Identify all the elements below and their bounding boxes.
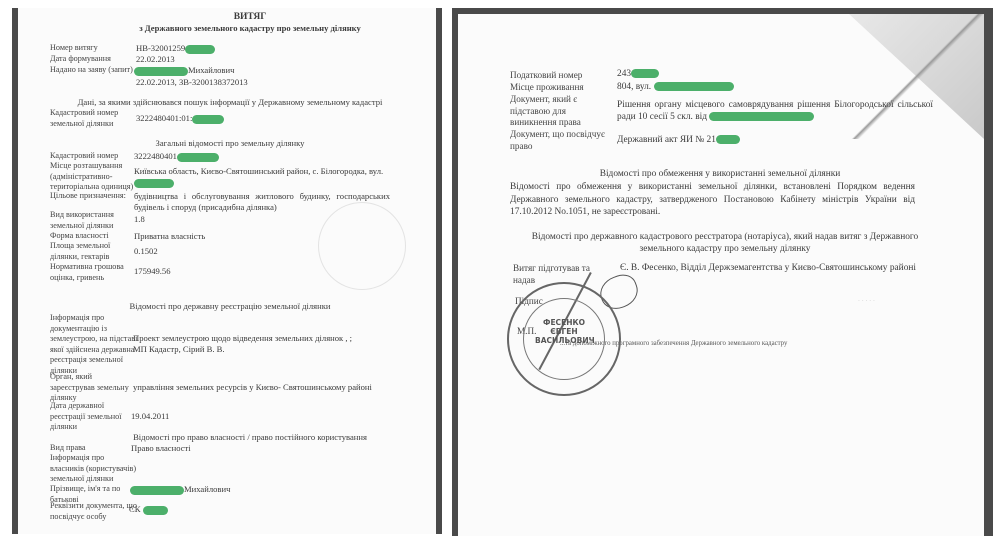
section-heading-search: Дані, за якими здійснювався пошук інформ… — [40, 97, 420, 108]
section-heading-general: Загальні відомості про земельну ділянку — [40, 138, 420, 149]
field-value-purpose: будівництва і обслуговування житлового б… — [134, 191, 390, 213]
redaction — [134, 67, 188, 76]
field-label-id-document: Реквізити документа, що посвідчує особу — [50, 501, 137, 522]
field-value-registering-body: управління земельних ресурсів у Києво- С… — [133, 382, 372, 393]
field-value-right-type: Право власності — [131, 443, 191, 454]
field-label-formation-date: Дата формування — [50, 54, 111, 65]
restrictions-text: Відомості про обмеження у використанні з… — [510, 181, 915, 219]
redaction — [631, 69, 659, 78]
redaction — [192, 115, 224, 124]
section-heading-ownership: Відомості про право власності / право по… — [60, 432, 440, 443]
field-value-valuation: 175949.56 — [134, 266, 171, 277]
field-value-full-name: Михайлович — [130, 484, 230, 495]
field-label-right-type: Вид права — [50, 443, 86, 454]
field-label-documentation: Інформація про документацію із землеустр… — [50, 313, 137, 376]
field-label-ownership-form: Форма власності — [50, 231, 109, 242]
section-heading-registration: Відомості про державну реєстрацію земель… — [40, 301, 420, 312]
field-value-area: 0.1502 — [134, 246, 158, 257]
field-value-cadastral-search: 3222480401:01: — [136, 113, 224, 124]
field-label-area: Площа земельної ділянки, гектарів — [50, 241, 110, 262]
field-value-cadastral-number: 3222480401 — [134, 151, 219, 162]
field-label-location: Місце розташування (адміністративно- тер… — [50, 161, 133, 193]
document-subtitle: з Державного земельного кадастру про зем… — [60, 23, 440, 34]
field-value-tax-number: 243 — [617, 69, 659, 80]
redaction — [654, 82, 734, 91]
field-value-usage-type: 1.8 — [134, 214, 145, 225]
field-label-registration-date: Дата державної реєстрації земельної діля… — [50, 401, 122, 433]
redaction — [134, 179, 174, 188]
redaction — [143, 506, 168, 515]
field-value-location: Київська область, Києво-Святошинський ра… — [134, 166, 390, 188]
field-value-extract-number: НВ-32001259 — [136, 43, 215, 54]
stamp-center-name: ФЕСЕНКО ЄВГЕН ВАСИЛЬОВИЧ — [535, 318, 593, 345]
field-label-tax-number: Податковий номер — [510, 70, 582, 82]
field-value-right-document: Державний акт ЯИ № 21 — [617, 135, 740, 146]
field-value-residence: 804, вул. — [617, 82, 734, 93]
official-stamp: ФЕСЕНКО ЄВГЕН ВАСИЛЬОВИЧ — [507, 282, 621, 396]
field-value-request-ref: 22.02.2013, ЗВ-3200138372013 — [136, 77, 248, 88]
field-label-usage-type: Вид використання земельної ділянки — [50, 210, 114, 231]
bleed-through-stamp — [318, 202, 406, 290]
redaction — [130, 486, 184, 495]
field-label-cadastral-search: Кадастровий номер земельної ділянки — [50, 108, 118, 129]
field-value-basis-document: Рішення органу місцевого самоврядування … — [617, 99, 933, 123]
document-title: ВИТЯГ — [60, 12, 440, 23]
field-label-purpose: Цільове призначення: — [50, 191, 126, 202]
field-value-registration-date: 19.04.2011 — [131, 411, 169, 422]
field-label-extract-number: Номер витягу — [50, 43, 98, 54]
field-value-request: Михайлович — [134, 65, 234, 76]
redaction — [709, 112, 814, 121]
redaction — [177, 153, 219, 162]
field-label-request: Надано на заяву (запит) — [50, 65, 133, 76]
field-value-prepared-by: Є. В. Фесенко, Відділ Держземагентства у… — [620, 263, 916, 274]
field-label-basis-document: Документ, який є підставою для виникненн… — [510, 94, 581, 129]
section-heading-registrar: Відомості про державного кадастрового ре… — [520, 232, 930, 255]
field-label-right-document: Документ, що посвідчує право — [510, 129, 605, 152]
redaction — [716, 135, 740, 144]
field-label-cadastral-number: Кадастровий номер — [50, 151, 118, 162]
field-label-residence: Місце проживання — [510, 82, 584, 94]
field-value-id-document: СК — [129, 504, 168, 515]
section-heading-restrictions: Відомості про обмеження у використанні з… — [510, 169, 930, 180]
field-label-registering-body: Орган, який зареєстрував земельну ділянк… — [50, 372, 129, 404]
field-label-valuation: Нормативна грошова оцінка, гривень — [50, 262, 124, 283]
field-label-owners-info: Інформація про власників (користувачів) … — [50, 453, 136, 485]
field-value-documentation: Проект землеустрою щодо відведення земел… — [133, 333, 352, 355]
redaction — [185, 45, 215, 54]
bleed-through-text: . . . . . — [858, 294, 875, 303]
field-value-formation-date: 22.02.2013 — [136, 54, 175, 65]
field-value-ownership-form: Приватна власність — [134, 231, 205, 242]
